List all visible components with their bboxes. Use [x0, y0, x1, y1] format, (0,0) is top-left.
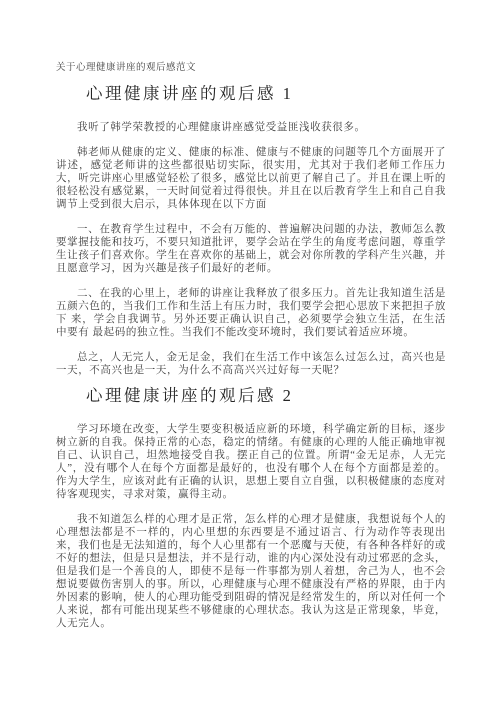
- section-2-paragraph-2: 我不知道怎么样的心理才是正常，怎么样的心理才是健康，我想说每个人的心理想法都是不…: [56, 513, 446, 630]
- section-1-paragraph-5: 总之，人无完人，金无足金，我们在生活工作中该怎么过怎么过，高兴也是一天，不高兴也…: [56, 351, 446, 377]
- section-1-paragraph-4: 二、在我的心里上，老师的讲座让我释放了很多压力。首先让我知道生活是五颜六色的，当…: [56, 287, 446, 339]
- section-2-paragraph-1: 学习环境在改变，大学生要变积极适应新的环境，科学确定新的目标，逐步树立新的自我。…: [56, 423, 446, 501]
- section-1-paragraph-3: 一、在教育学生过程中，不会有万能的、普遍解决问题的办法，教师怎么教要掌握技能和技…: [56, 223, 446, 275]
- document-subject-line: 关于心理健康讲座的观后感范文: [56, 62, 446, 75]
- document-page: 关于心理健康讲座的观后感范文 心理健康讲座的观后感 1 我听了韩学荣教授的心理健…: [0, 0, 500, 707]
- section-2-heading: 心理健康讲座的观后感 2: [56, 386, 446, 406]
- section-1-heading: 心理健康讲座的观后感 1: [56, 84, 446, 104]
- section-1-paragraph-2: 韩老师从健康的定义、健康的标准、健康与不健康的问题等几个方面展开了讲述，感觉老师…: [56, 146, 446, 211]
- section-1-paragraph-1: 我听了韩学荣教授的心理健康讲座感觉受益匪浅收获很多。: [56, 121, 446, 134]
